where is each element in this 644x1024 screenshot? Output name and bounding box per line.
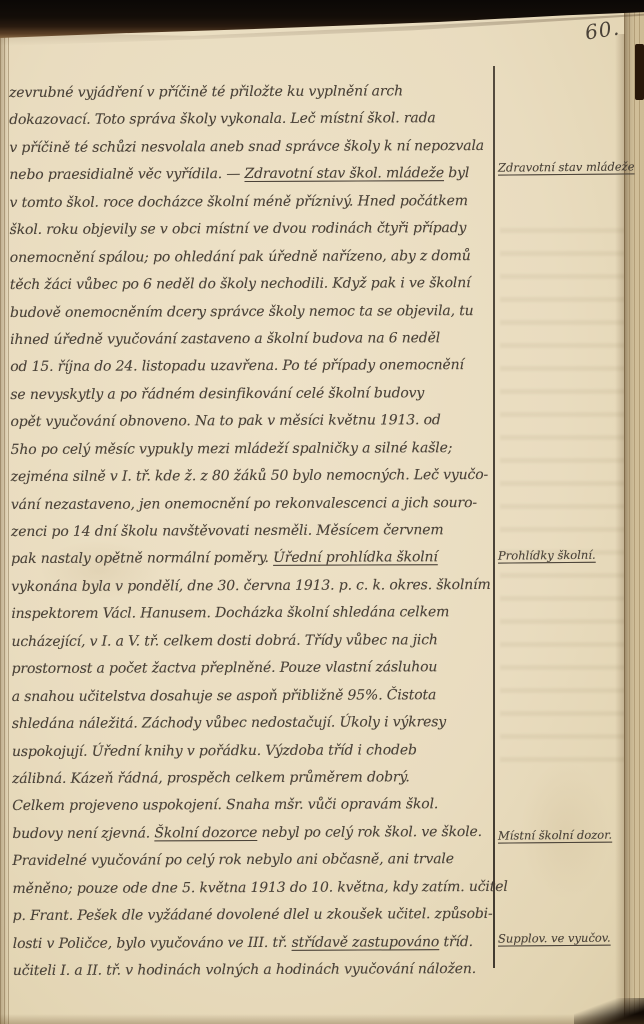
text-segment: pak nastaly opětně normální poměry. [11, 550, 273, 567]
handwritten-line: a snahou učitelstva dosahuje se aspoň př… [12, 687, 494, 717]
handwritten-line: 5ho po celý měsíc vypukly mezi mládeží s… [11, 440, 493, 470]
text-segment: byl [444, 165, 469, 181]
text-segment: těch žáci vůbec po 6 neděl do školy nech… [10, 275, 471, 293]
underlined-phrase: střídavě zastupováno [292, 934, 440, 951]
handwritten-line: ucházející, v I. a V. tř. celkem dosti d… [11, 632, 493, 662]
handwritten-line: onemocnění spálou; po ohledání pak úředn… [10, 248, 492, 278]
handwritten-line: měněno; pouze ode dne 5. května 1913 do … [12, 879, 494, 909]
text-segment: v příčině té schůzi nesvolala aneb snad … [9, 138, 484, 156]
text-segment: učiteli I. a II. tř. v hodinách volných … [13, 961, 476, 979]
page-curve-shadow [615, 34, 625, 1024]
underlined-phrase: Školní dozorce [154, 825, 257, 841]
text-segment: opět vyučování obnoveno. Na to pak v měs… [10, 412, 440, 430]
text-segment: nebyl po celý rok škol. ve škole. [257, 824, 482, 841]
text-segment: losti v Poličce, bylo vyučováno ve III. … [13, 934, 292, 951]
handwritten-line: losti v Poličce, bylo vyučováno ve III. … [13, 934, 495, 964]
handwritten-line: vání nezastaveno, jen onemocnění po reko… [11, 495, 493, 525]
handwritten-line: opět vyučování obnoveno. Na to pak v měs… [10, 412, 492, 442]
text-segment: ihned úředně vyučování zastaveno a školn… [10, 330, 440, 348]
text-segment: v tomto škol. roce docházce školní méně … [10, 193, 468, 211]
text-segment: se nevyskytly a po řádném desinfikování … [10, 385, 424, 403]
handwritten-line: inspektorem Václ. Hanusem. Docházka škol… [11, 604, 493, 634]
text-segment: zenci po 14 dní školu navštěvovati nesmě… [11, 522, 444, 540]
handwritten-line: budově onemocněním dcery správce školy n… [10, 302, 492, 332]
text-segment: zejména silně v I. tř. kde ž. z 80 žáků … [11, 467, 488, 485]
text-segment: nebo praesidialně věc vyřídila. — [9, 166, 244, 183]
text-segment: vání nezastaveno, jen onemocnění po reko… [11, 495, 477, 513]
text-segment: zevrubné vyjádření v příčině té přiložte… [9, 83, 403, 101]
text-segment: tříd. [439, 934, 473, 950]
handwritten-line: uspokojují. Úřední knihy v pořádku. Výzd… [12, 741, 494, 771]
handwritten-line: prostornost a počet žactva přeplněné. Po… [12, 659, 494, 689]
text-segment: budově onemocněním dcery správce školy n… [10, 303, 474, 321]
paper-stain [520, 760, 610, 900]
handwritten-line: učiteli I. a II. tř. v hodinách volných … [13, 961, 495, 991]
text-segment: Celkem projeveno uspokojení. Snaha mšr. … [12, 797, 438, 815]
text-segment: od 15. října do 24. listopadu uzavřena. … [10, 357, 464, 375]
text-segment: ucházející, v I. a V. tř. celkem dosti d… [11, 632, 437, 650]
handwritten-line: zálibná. Kázeň řádná, prospěch celkem pr… [12, 769, 494, 799]
handwritten-line: těch žáci vůbec po 6 neděl do školy nech… [10, 275, 492, 305]
handwritten-line: se nevyskytly a po řádném desinfikování … [10, 385, 492, 415]
text-segment: měněno; pouze ode dne 5. května 1913 do … [12, 879, 507, 897]
handwritten-line: nebo praesidialně věc vyřídila. — Zdravo… [9, 165, 491, 195]
handwritten-line: dokazovací. Toto správa školy vykonala. … [9, 110, 491, 140]
handwritten-line: p. Frant. Pešek dle vyžádané dovolené dl… [13, 906, 495, 936]
handwritten-text-block: zevrubné vyjádření v příčině té přiložte… [9, 83, 495, 991]
handwritten-line: zejména silně v I. tř. kde ž. z 80 žáků … [11, 467, 493, 497]
binding-corner-top-right [635, 44, 644, 100]
page-gutter-edge [0, 30, 9, 1024]
text-segment: Pravidelné vyučování po celý rok nebylo … [12, 851, 454, 869]
handwritten-line: ihned úředně vyučování zastaveno a školn… [10, 330, 492, 360]
text-segment: inspektorem Václ. Hanusem. Docházka škol… [11, 604, 449, 622]
text-segment: shledána náležitá. Záchody vůbec nedosta… [12, 714, 446, 732]
ink-bleed-through [500, 220, 630, 780]
handwritten-line: zenci po 14 dní školu navštěvovati nesmě… [11, 522, 493, 552]
text-segment: budovy není zjevná. [12, 825, 154, 842]
underlined-phrase: Úřední prohlídka školní [273, 550, 438, 567]
page-bottom-shadow [0, 1014, 644, 1024]
handwritten-line: v příčině té schůzi nesvolala aneb snad … [9, 138, 491, 168]
handwritten-line: shledána náležitá. Záchody vůbec nedosta… [12, 714, 494, 744]
scanned-chronicle-page: 60. zevrubné vyjádření v příčině té přil… [0, 0, 644, 1024]
handwritten-line: zevrubné vyjádření v příčině té přiložte… [9, 83, 491, 113]
text-segment: škol. roku objevily se v obci místní ve … [10, 220, 467, 238]
text-segment: p. Frant. Pešek dle vyžádané dovolené dl… [13, 906, 493, 924]
handwritten-line: Pravidelné vyučování po celý rok nebylo … [12, 851, 494, 881]
handwritten-line: budovy není zjevná. Školní dozorce nebyl… [12, 824, 494, 854]
text-segment: zálibná. Kázeň řádná, prospěch celkem pr… [12, 769, 410, 787]
text-segment: prostornost a počet žactva přeplněné. Po… [12, 659, 438, 677]
text-segment: uspokojují. Úřední knihy v pořádku. Výzd… [12, 742, 417, 760]
handwritten-line: vykonána byla v pondělí, dne 30. června … [11, 577, 493, 607]
underlined-phrase: Zdravotní stav škol. mládeže [244, 165, 444, 182]
text-segment: 5ho po celý měsíc vypukly mezi mládeží s… [11, 440, 453, 458]
handwritten-line: Celkem projeveno uspokojení. Snaha mšr. … [12, 796, 494, 826]
handwritten-line: od 15. října do 24. listopadu uzavřena. … [10, 357, 492, 387]
page-stack-edge [624, 0, 644, 1024]
handwritten-line: pak nastaly opětně normální poměry. Úřed… [11, 549, 493, 579]
text-segment: onemocnění spálou; po ohledání pak úředn… [10, 248, 471, 266]
text-segment: vykonána byla v pondělí, dne 30. června … [11, 577, 490, 595]
text-segment: dokazovací. Toto správa školy vykonala. … [9, 111, 435, 129]
handwritten-line: škol. roku objevily se v obci místní ve … [10, 220, 492, 250]
handwritten-line: v tomto škol. roce docházce školní méně … [10, 193, 492, 223]
text-segment: a snahou učitelstva dosahuje se aspoň př… [12, 687, 437, 705]
